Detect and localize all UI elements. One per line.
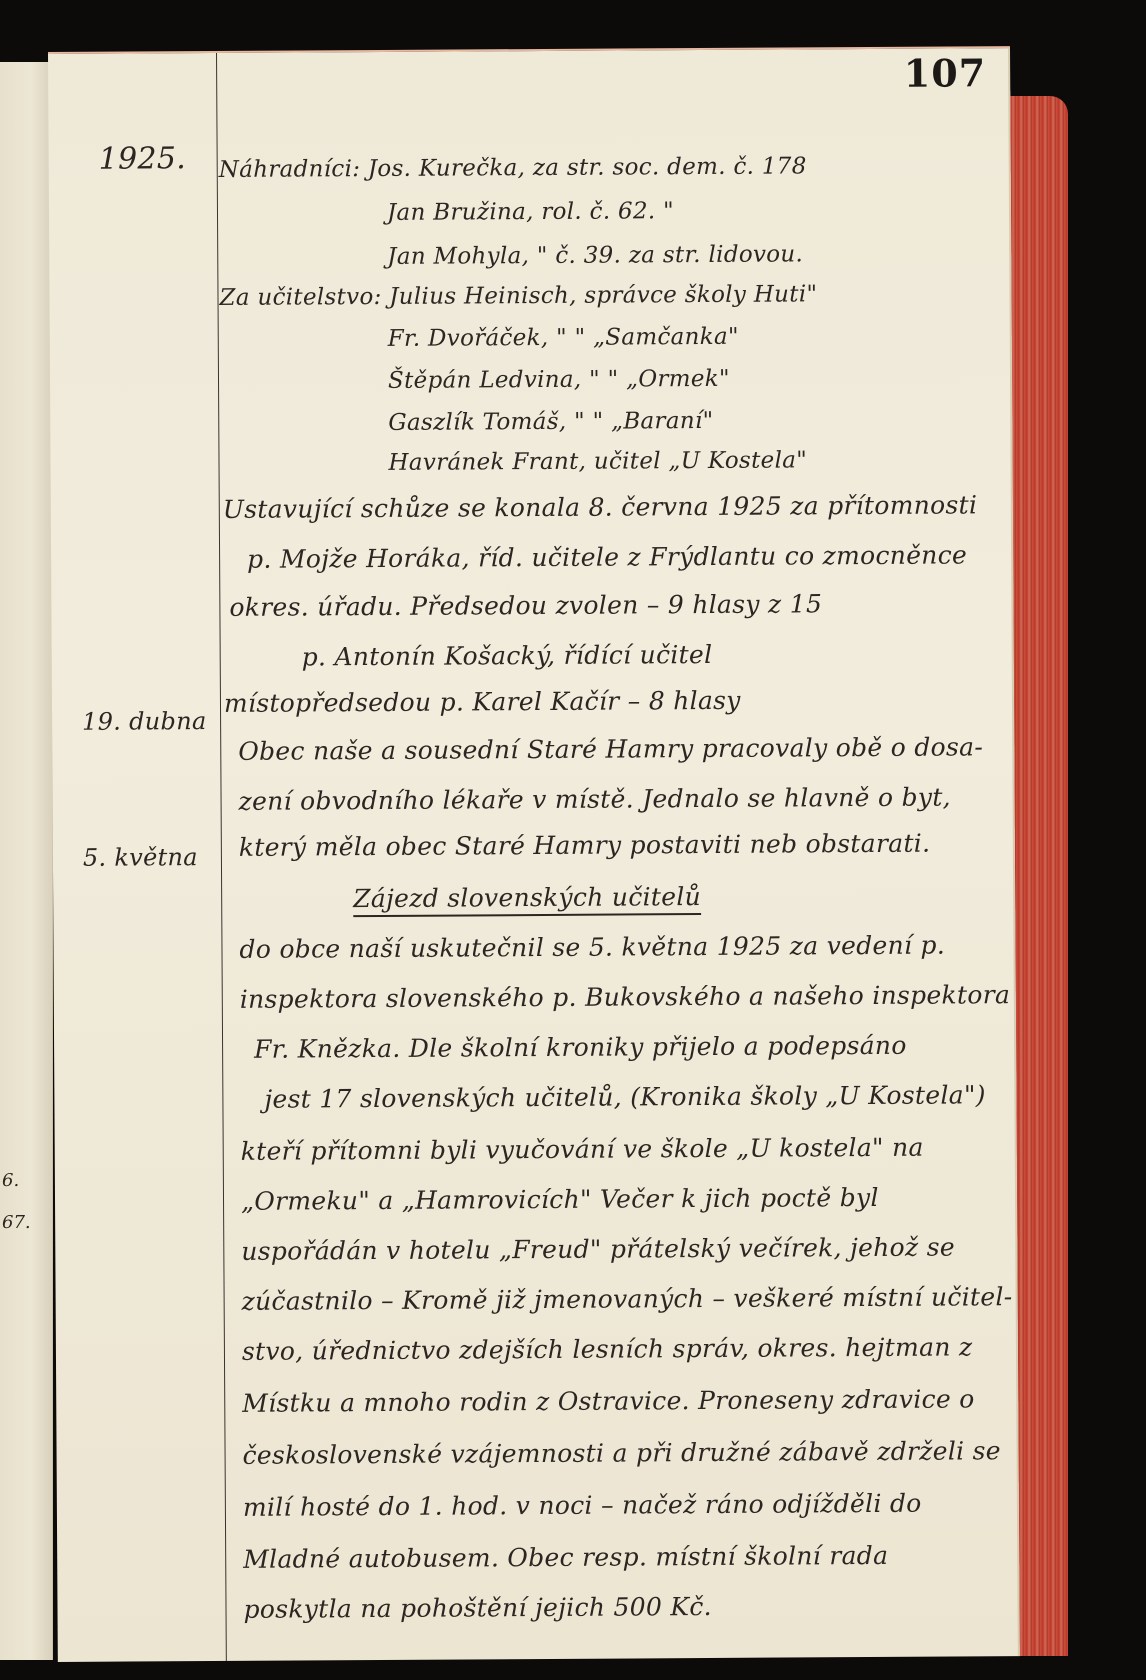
- text-line: který měla obec Staré Hamry postaviti ne…: [239, 829, 931, 862]
- margin-year: 1925.: [99, 141, 187, 177]
- margin-date: 5. května: [83, 843, 198, 872]
- text-line: zení obvodního lékaře v místě. Jednalo s…: [238, 782, 950, 815]
- text-line: československé vzájemnosti a při družné …: [242, 1436, 1000, 1470]
- text-line: Havránek Frant, učitel „U Kostela": [388, 447, 807, 476]
- text-line: Fr. Knězka. Dle školní kroniky přijelo a…: [254, 1031, 907, 1064]
- section-heading: Zájezd slovenských učitelů: [353, 882, 701, 913]
- text-line: milí hosté do 1. hod. v noci – načež rán…: [243, 1489, 922, 1522]
- text-line: uspořádán v hotelu „Freud" přátelský več…: [241, 1232, 955, 1265]
- text-line: Mladné autobusem. Obec resp. místní škol…: [243, 1541, 888, 1574]
- text-line: kteří přítomni byli vyučování ve škole „…: [241, 1133, 924, 1166]
- chronicle-page: 107 1925. 19. dubna 5. května Náhradníci…: [48, 46, 1020, 1662]
- text-line: Gaszlík Tomáš, " " „Baraní": [388, 408, 713, 436]
- prev-page-mark: 67.: [2, 1212, 31, 1233]
- text-line: Fr. Dvořáček, " " „Samčanka": [388, 324, 739, 352]
- text-line: zúčastnilo – Kromě již jmenovaných – veš…: [242, 1282, 1013, 1316]
- text-line: jest 17 slovenských učitelů, (Kronika šk…: [264, 1080, 986, 1113]
- text-line: do obce naší uskutečnil se 5. května 192…: [239, 931, 945, 964]
- margin-date: 19. dubna: [82, 707, 207, 736]
- prev-page-mark: 6.: [2, 1170, 19, 1191]
- text-line: p. Mojže Horáka, říd. učitele z Frýdlant…: [247, 540, 967, 573]
- text-line: Jan Mohyla, " č. 39. za str. lidovou.: [387, 241, 803, 270]
- page-number: 107: [904, 50, 987, 96]
- text-line: stvo, úřednictvo zdejších lesních správ,…: [242, 1332, 973, 1365]
- text-line: Obec naše a sousední Staré Hamry pracova…: [238, 732, 983, 766]
- text-line: Ustavující schůze se konala 8. června 19…: [223, 490, 978, 524]
- text-line: Místku a mnoho rodin z Ostravice. Prones…: [242, 1384, 975, 1417]
- text-line: p. Antonín Košacký, řídící učitel: [302, 640, 713, 672]
- text-line: poskytla na pohoštění jejich 500 Kč.: [243, 1592, 712, 1624]
- text-line: Za učitelstvo: Julius Heinisch, správce …: [219, 281, 817, 311]
- text-line: místopředsedou p. Karel Kačír – 8 hlasy: [224, 686, 741, 718]
- text-line: Štěpán Ledvina, " " „Ormek": [388, 366, 730, 394]
- text-line: Náhradníci: Jos. Kurečka, za str. soc. d…: [219, 153, 807, 183]
- text-line: Jan Bružina, rol. č. 62. ": [387, 198, 674, 226]
- text-line: inspektora slovenského p. Bukovského a n…: [240, 980, 1010, 1014]
- text-line: „Ormeku" a „Hamrovicích" Večer k jich po…: [241, 1183, 879, 1216]
- text-line: okres. úřadu. Předsedou zvolen – 9 hlasy…: [229, 589, 822, 622]
- previous-page-edge: 6. 67.: [0, 62, 53, 1660]
